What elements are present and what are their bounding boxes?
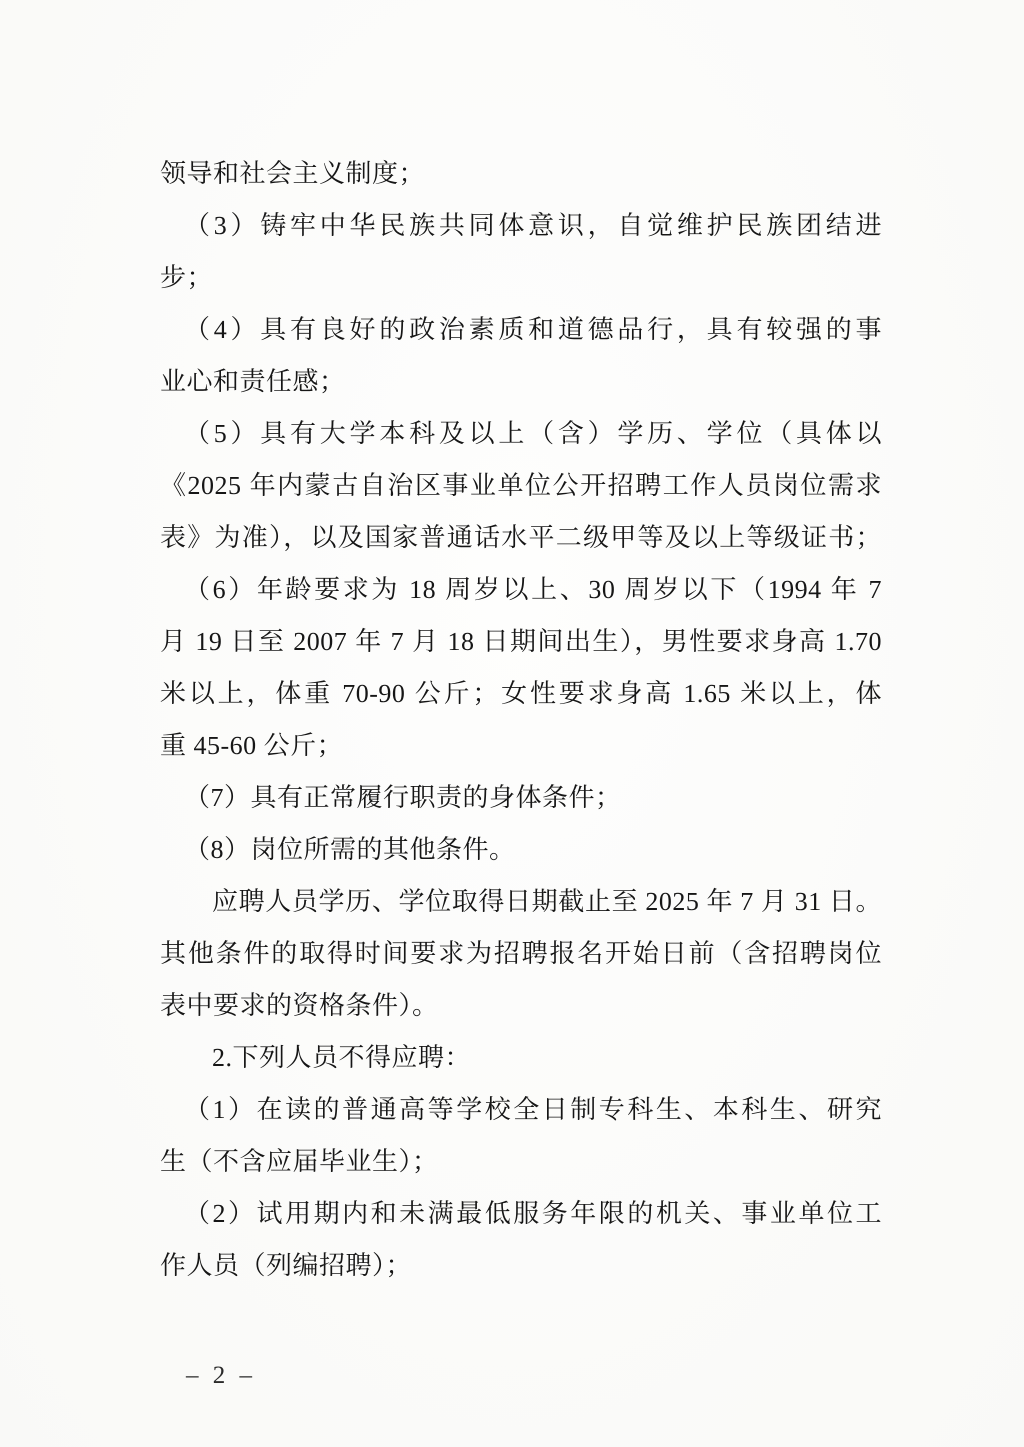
text-line: （2）试用期内和未满最低服务年限的机关、事业单位工 [160, 1188, 882, 1240]
page-number: – 2 – [186, 1356, 256, 1396]
text-line: 《2025 年内蒙古自治区事业单位公开招聘工作人员岗位需求 [160, 460, 882, 512]
text-line: （6）年龄要求为 18 周岁以上、30 周岁以下（1994 年 7 [160, 564, 882, 616]
text-line: （3）铸牢中华民族共同体意识，自觉维护民族团结进 [160, 200, 882, 252]
text-line: 表中要求的资格条件）。 [160, 980, 882, 1032]
text-line: 月 19 日至 2007 年 7 月 18 日期间出生），男性要求身高 1.70 [160, 616, 882, 668]
document-body: 领导和社会主义制度；（3）铸牢中华民族共同体意识，自觉维护民族团结进步；（4）具… [160, 148, 882, 1292]
text-line: （7）具有正常履行职责的身体条件； [160, 772, 882, 824]
text-line: 应聘人员学历、学位取得日期截止至 2025 年 7 月 31 日。 [160, 876, 882, 928]
text-line: 生（不含应届毕业生）； [160, 1136, 882, 1188]
text-line: 步； [160, 252, 882, 304]
text-line: 2.下列人员不得应聘： [160, 1032, 882, 1084]
text-line: 领导和社会主义制度； [160, 148, 882, 200]
text-line: 米以上，体重 70-90 公斤；女性要求身高 1.65 米以上，体 [160, 668, 882, 720]
text-line: 重 45-60 公斤； [160, 720, 882, 772]
text-line: 业心和责任感； [160, 356, 882, 408]
text-line: （4）具有良好的政治素质和道德品行，具有较强的事 [160, 304, 882, 356]
text-line: 作人员（列编招聘）； [160, 1240, 882, 1292]
text-line: （8）岗位所需的其他条件。 [160, 824, 882, 876]
text-line: 其他条件的取得时间要求为招聘报名开始日前（含招聘岗位 [160, 928, 882, 980]
document-page: 领导和社会主义制度；（3）铸牢中华民族共同体意识，自觉维护民族团结进步；（4）具… [0, 0, 1024, 1447]
text-line: 表》为准），以及国家普通话水平二级甲等及以上等级证书； [160, 512, 882, 564]
text-line: （1）在读的普通高等学校全日制专科生、本科生、研究 [160, 1084, 882, 1136]
text-line: （5）具有大学本科及以上（含）学历、学位（具体以 [160, 408, 882, 460]
